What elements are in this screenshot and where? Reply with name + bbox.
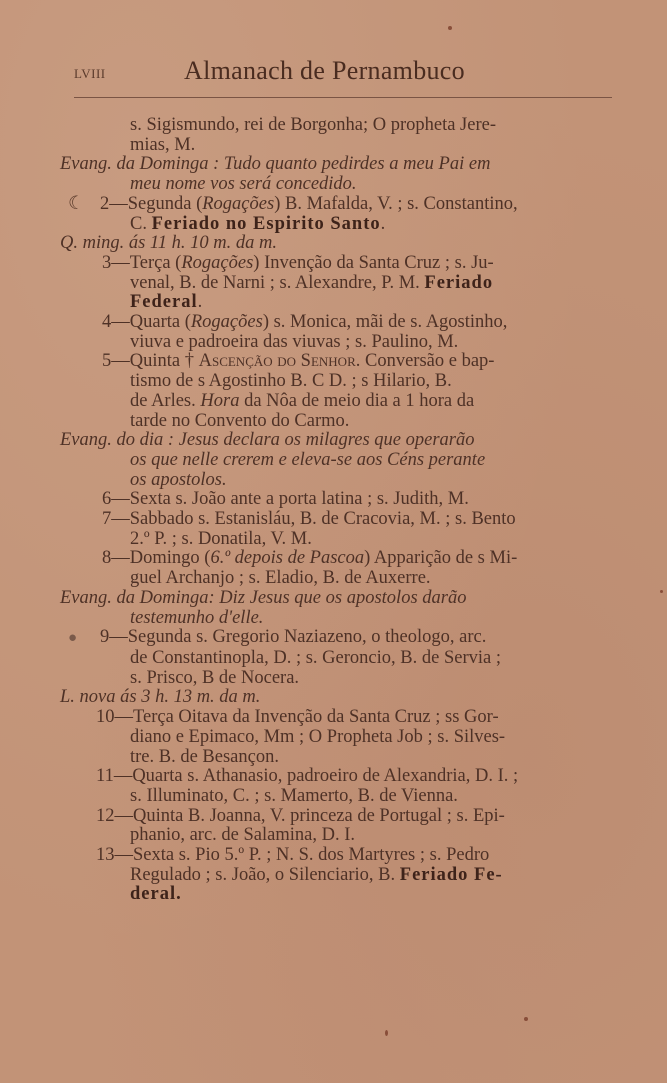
day-entry-5-cont: tismo de s Agostinho B. C D. ; s Hilario… [60, 372, 620, 392]
day-entry-10-cont: tre. B. de Besançon. [60, 748, 620, 768]
day-entry-5-cont: de Arles. Hora da Nôa de meio dia a 1 ho… [60, 392, 620, 412]
feast-title: Ascenção do Senhor [199, 351, 356, 371]
day-entry-13: 13—Sexta s. Pio 5.º P. ; N. S. dos Marty… [60, 846, 620, 866]
gospel-note: Evang. da Dominga : Tudo quanto pedirdes… [60, 155, 620, 175]
day-entry-10-cont: diano e Epimaco, Mm ; O Propheta Job ; s… [60, 728, 620, 748]
day-entry-3-cont: Federal. [60, 293, 620, 313]
gospel-note: Evang. da Dominga: Diz Jesus que os apos… [60, 589, 620, 609]
holiday-label: Feriado Fe- [400, 865, 503, 885]
paper-stain [448, 26, 452, 30]
day-entry-4: 4—Quarta (Rogações) s. Monica, mãi de s.… [60, 313, 620, 333]
gospel-note-cont: os apostolos. [60, 471, 620, 491]
header-rule [74, 97, 612, 98]
day-entry-8: 8—Domingo (6.º depois de Pascoa) Appariç… [60, 549, 620, 569]
running-title: Almanach de Pernambuco [184, 56, 465, 86]
last-quarter-moon-icon: ☾ [68, 195, 100, 215]
day-entry-11: 11—Quarta s. Athanasio, padroeiro de Ale… [60, 767, 620, 787]
holiday-label: Federal [130, 292, 198, 312]
day-entry-13-cont: Regulado ; s. João, o Silenciario, B. Fe… [60, 866, 620, 886]
day-entry-7: 7—Sabbado s. Estanisláu, B. de Cracovia,… [60, 510, 620, 530]
gospel-note-cont: testemunho d'elle. [60, 609, 620, 629]
paper-stain [524, 1017, 528, 1021]
gospel-note: Evang. do dia : Jesus declara os milagre… [60, 431, 620, 451]
day-entry-3-cont: venal, B. de Narni ; s. Alexandre, P. M.… [60, 274, 620, 294]
gospel-note-cont: meu nome vos será concedido. [60, 175, 620, 195]
day-entry-9-cont: s. Prisco, B de Nocera. [60, 669, 620, 689]
day-entry-3: 3—Terça (Rogações) Invenção da Santa Cru… [60, 254, 620, 274]
day-entry-2-cont: C. Feriado no Espirito Santo. [60, 215, 620, 235]
new-moon-icon: ● [68, 629, 100, 649]
paper-stain [660, 590, 663, 593]
moon-phase-note: Q. ming. ás 11 h. 10 m. da m. [60, 234, 620, 254]
day-entry-10: 10—Terça Oitava da Invenção da Santa Cru… [60, 708, 620, 728]
page-folio: LVIII [74, 66, 106, 82]
almanac-page: LVIII Almanach de Pernambuco s. Sigismun… [0, 0, 667, 1083]
day-entry-6: 6—Sexta s. João ante a porta latina ; s.… [60, 490, 620, 510]
calendar-body: s. Sigismundo, rei de Borgonha; O prophe… [60, 116, 620, 905]
day-entry-12: 12—Quinta B. Joanna, V. princeza de Port… [60, 807, 620, 827]
day-entry-2: ☾2—Segunda (Rogações) B. Mafalda, V. ; s… [60, 195, 620, 215]
day-entry-9-cont: de Constantinopla, D. ; s. Geroncio, B. … [60, 649, 620, 669]
page-header: LVIII Almanach de Pernambuco [74, 56, 614, 88]
day-entry-12-cont: phanio, arc. de Salamina, D. I. [60, 826, 620, 846]
gospel-note-cont: os que nelle crerem e eleva-se aos Céns … [60, 451, 620, 471]
day-entry-4-cont: viuva e padroeira das viuvas ; s. Paulin… [60, 333, 620, 353]
holiday-label: Feriado [424, 273, 493, 293]
day-entry-13-cont: deral. [60, 885, 620, 905]
text-line: mias, M. [60, 136, 620, 156]
day-entry-5-cont: tarde no Convento do Carmo. [60, 412, 620, 432]
text-line: s. Sigismundo, rei de Borgonha; O prophe… [60, 116, 620, 136]
moon-phase-note: L. nova ás 3 h. 13 m. da m. [60, 688, 620, 708]
day-entry-11-cont: s. Illuminato, C. ; s. Mamerto, B. de Vi… [60, 787, 620, 807]
day-entry-8-cont: guel Archanjo ; s. Eladio, B. de Auxerre… [60, 569, 620, 589]
day-entry-7-cont: 2.º P. ; s. Donatila, V. M. [60, 530, 620, 550]
holiday-label: deral. [130, 884, 182, 904]
day-entry-5: 5—Quinta † Ascenção do Senhor. Conversão… [60, 352, 620, 372]
paper-stain [385, 1030, 388, 1036]
holiday-label: Feriado no Espirito Santo [152, 214, 381, 234]
day-entry-9: ●9—Segunda s. Gregorio Naziazeno, o theo… [60, 628, 620, 649]
